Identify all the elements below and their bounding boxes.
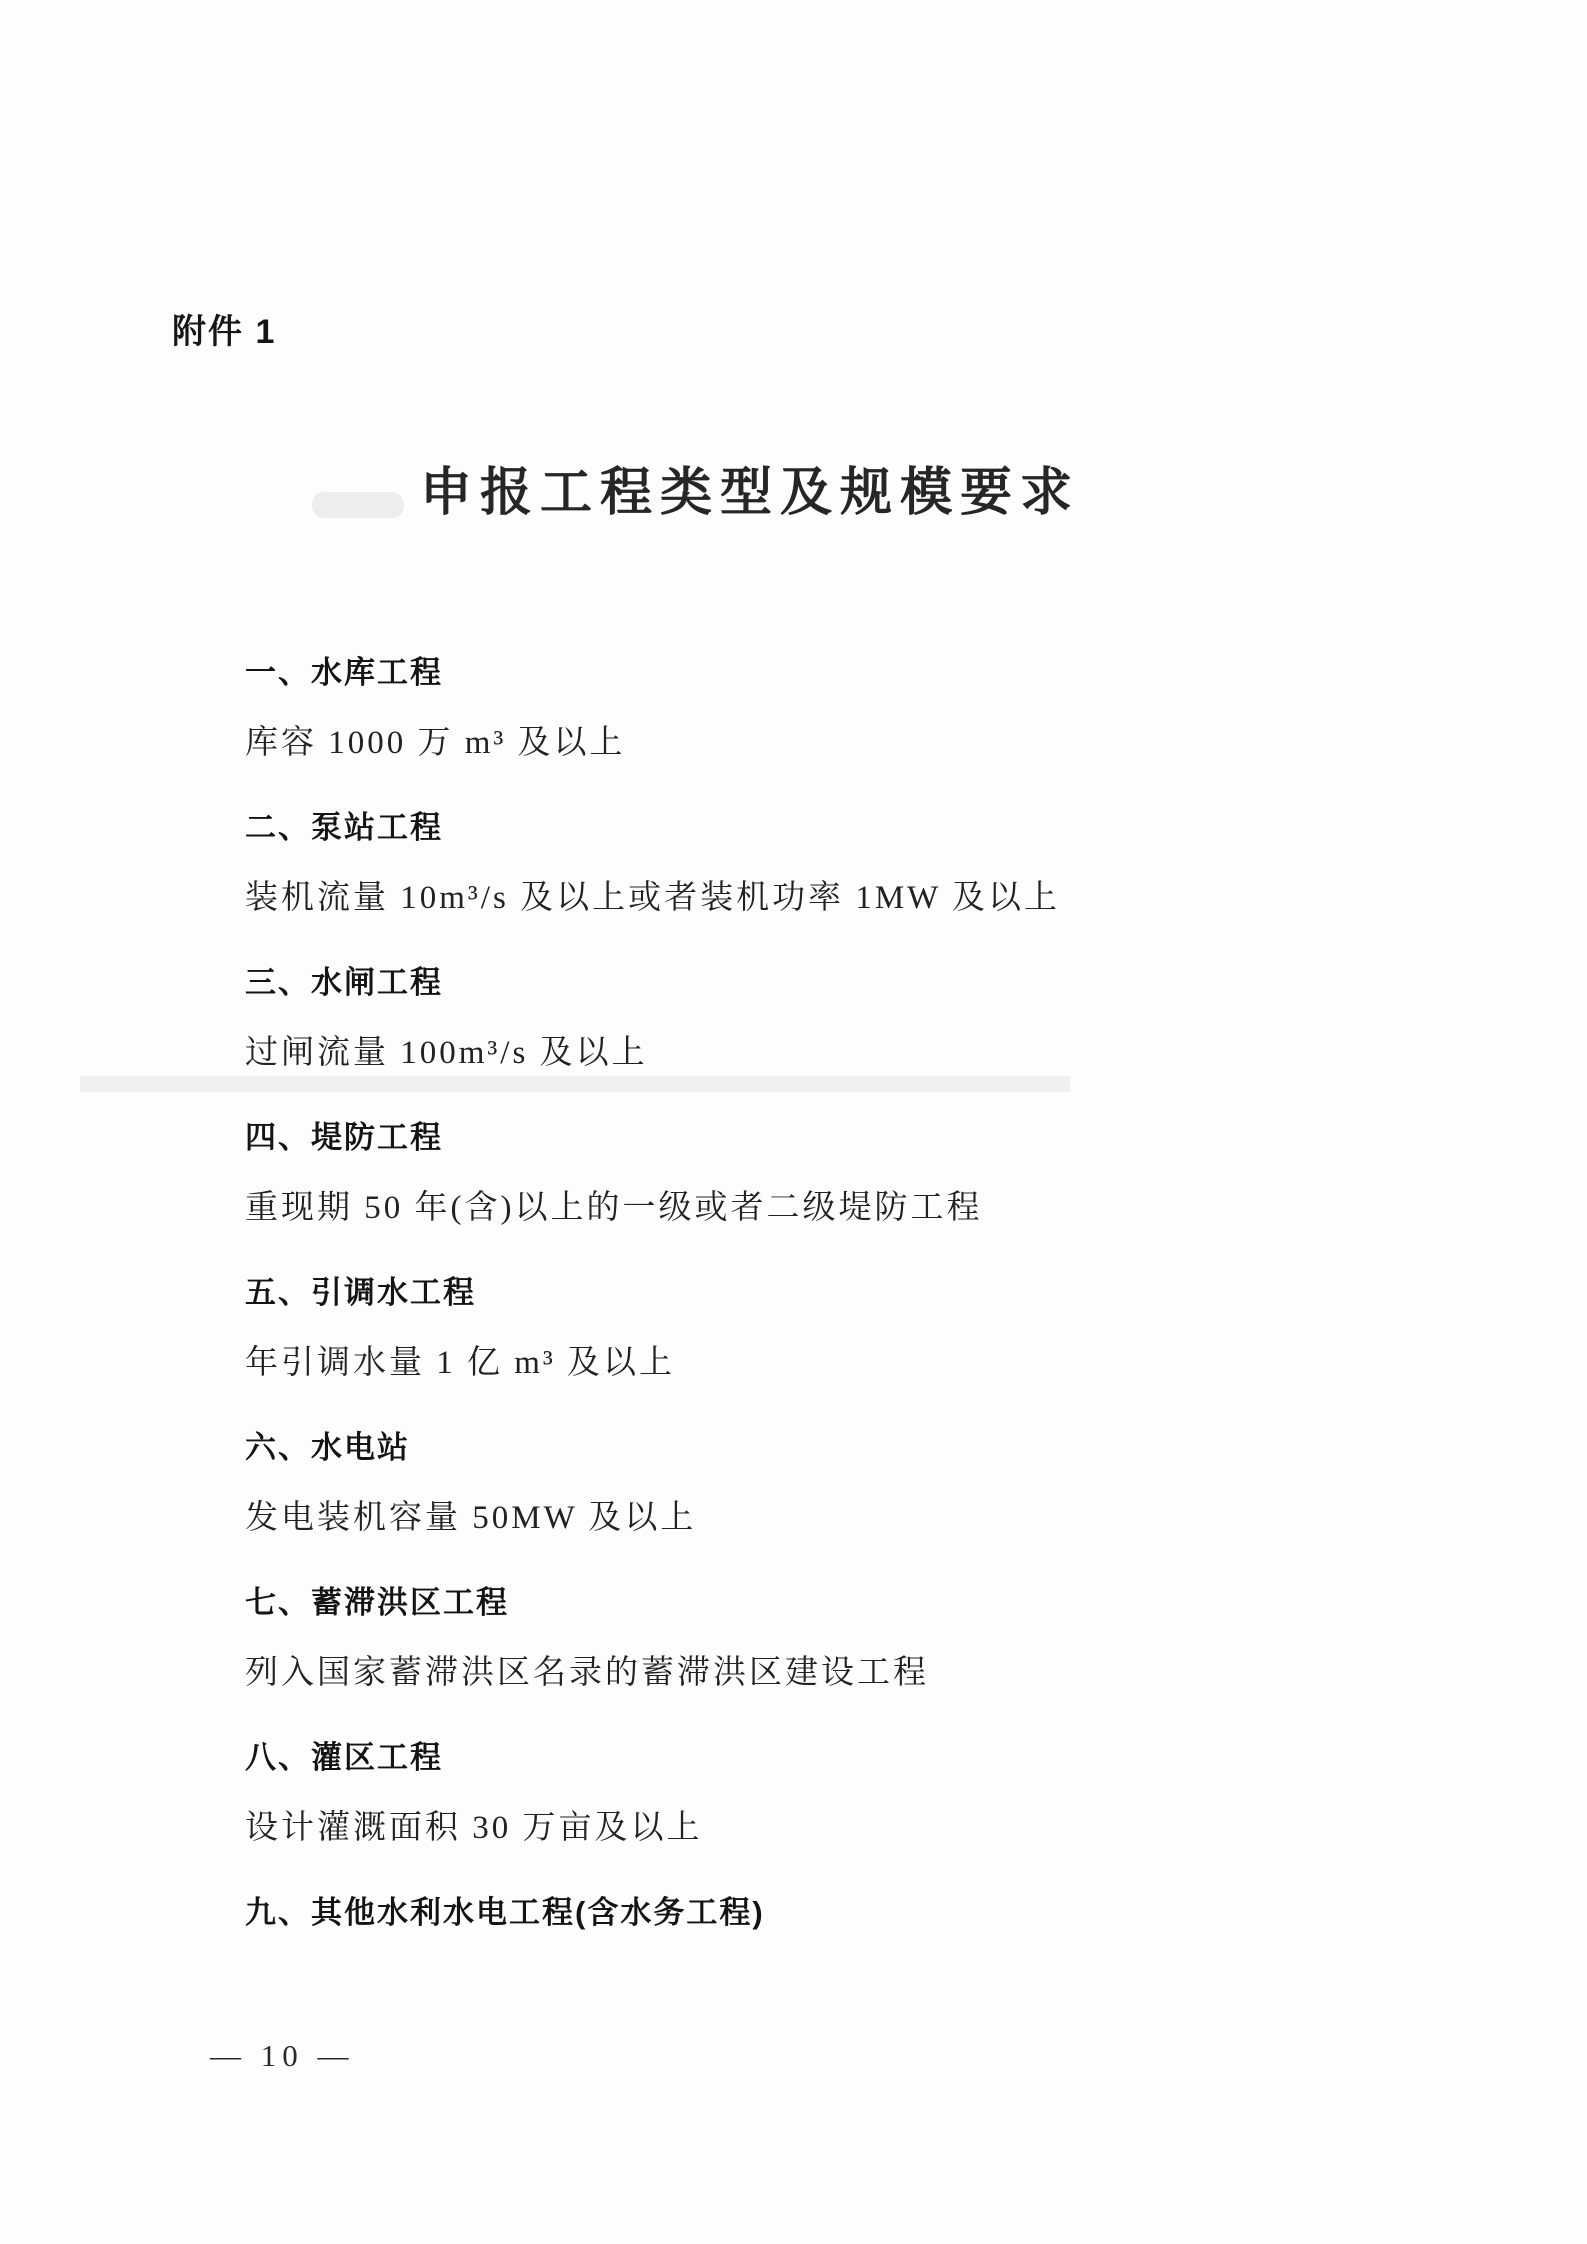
document-page: 附件 1 申报工程类型及规模要求 一、水库工程 库容 1000 万 m³ 及以上… [0,0,1587,2244]
section-pump-station: 二、泵站工程 装机流量 10m³/s 及以上或者装机功率 1MW 及以上 [245,805,1447,921]
scan-smudge-artifact [312,492,404,518]
section-reservoir: 一、水库工程 库容 1000 万 m³ 及以上 [245,650,1447,766]
section-heading: 一、水库工程 [245,650,1447,696]
section-body: 过闸流量 100m³/s 及以上 [245,1030,1447,1076]
section-body: 重现期 50 年(含)以上的一级或者二级堤防工程 [245,1185,1447,1231]
page-title: 申报工程类型及规模要求 [0,462,1500,524]
section-body: 设计灌溉面积 30 万亩及以上 [245,1805,1447,1851]
sections-list: 一、水库工程 库容 1000 万 m³ 及以上 二、泵站工程 装机流量 10m³… [245,650,1447,1936]
page-number: — 10 — [210,2038,355,2074]
section-sluice: 三、水闸工程 过闸流量 100m³/s 及以上 [245,960,1447,1076]
section-body: 列入国家蓄滞洪区名录的蓄滞洪区建设工程 [245,1650,1447,1696]
section-irrigation-district: 八、灌区工程 设计灌溉面积 30 万亩及以上 [245,1735,1447,1851]
section-flood-detention: 七、蓄滞洪区工程 列入国家蓄滞洪区名录的蓄滞洪区建设工程 [245,1580,1447,1696]
section-heading: 二、泵站工程 [245,805,1447,851]
section-heading: 七、蓄滞洪区工程 [245,1580,1447,1626]
section-heading: 六、水电站 [245,1425,1447,1471]
section-heading: 九、其他水利水电工程(含水务工程) [245,1890,1447,1936]
section-hydropower-station: 六、水电站 发电装机容量 50MW 及以上 [245,1425,1447,1541]
section-heading: 四、堤防工程 [245,1115,1447,1161]
section-heading: 八、灌区工程 [245,1735,1447,1781]
section-heading: 三、水闸工程 [245,960,1447,1006]
section-heading: 五、引调水工程 [245,1270,1447,1316]
section-body: 库容 1000 万 m³ 及以上 [245,720,1447,766]
section-water-diversion: 五、引调水工程 年引调水量 1 亿 m³ 及以上 [245,1270,1447,1386]
section-dike: 四、堤防工程 重现期 50 年(含)以上的一级或者二级堤防工程 [245,1115,1447,1231]
section-body: 年引调水量 1 亿 m³ 及以上 [245,1340,1447,1386]
section-body: 装机流量 10m³/s 及以上或者装机功率 1MW 及以上 [245,875,1447,921]
section-body: 发电装机容量 50MW 及以上 [245,1495,1447,1541]
section-other-projects: 九、其他水利水电工程(含水务工程) [245,1890,1447,1936]
scan-band-artifact [80,1076,1070,1092]
attachment-label: 附件 1 [172,308,1587,356]
